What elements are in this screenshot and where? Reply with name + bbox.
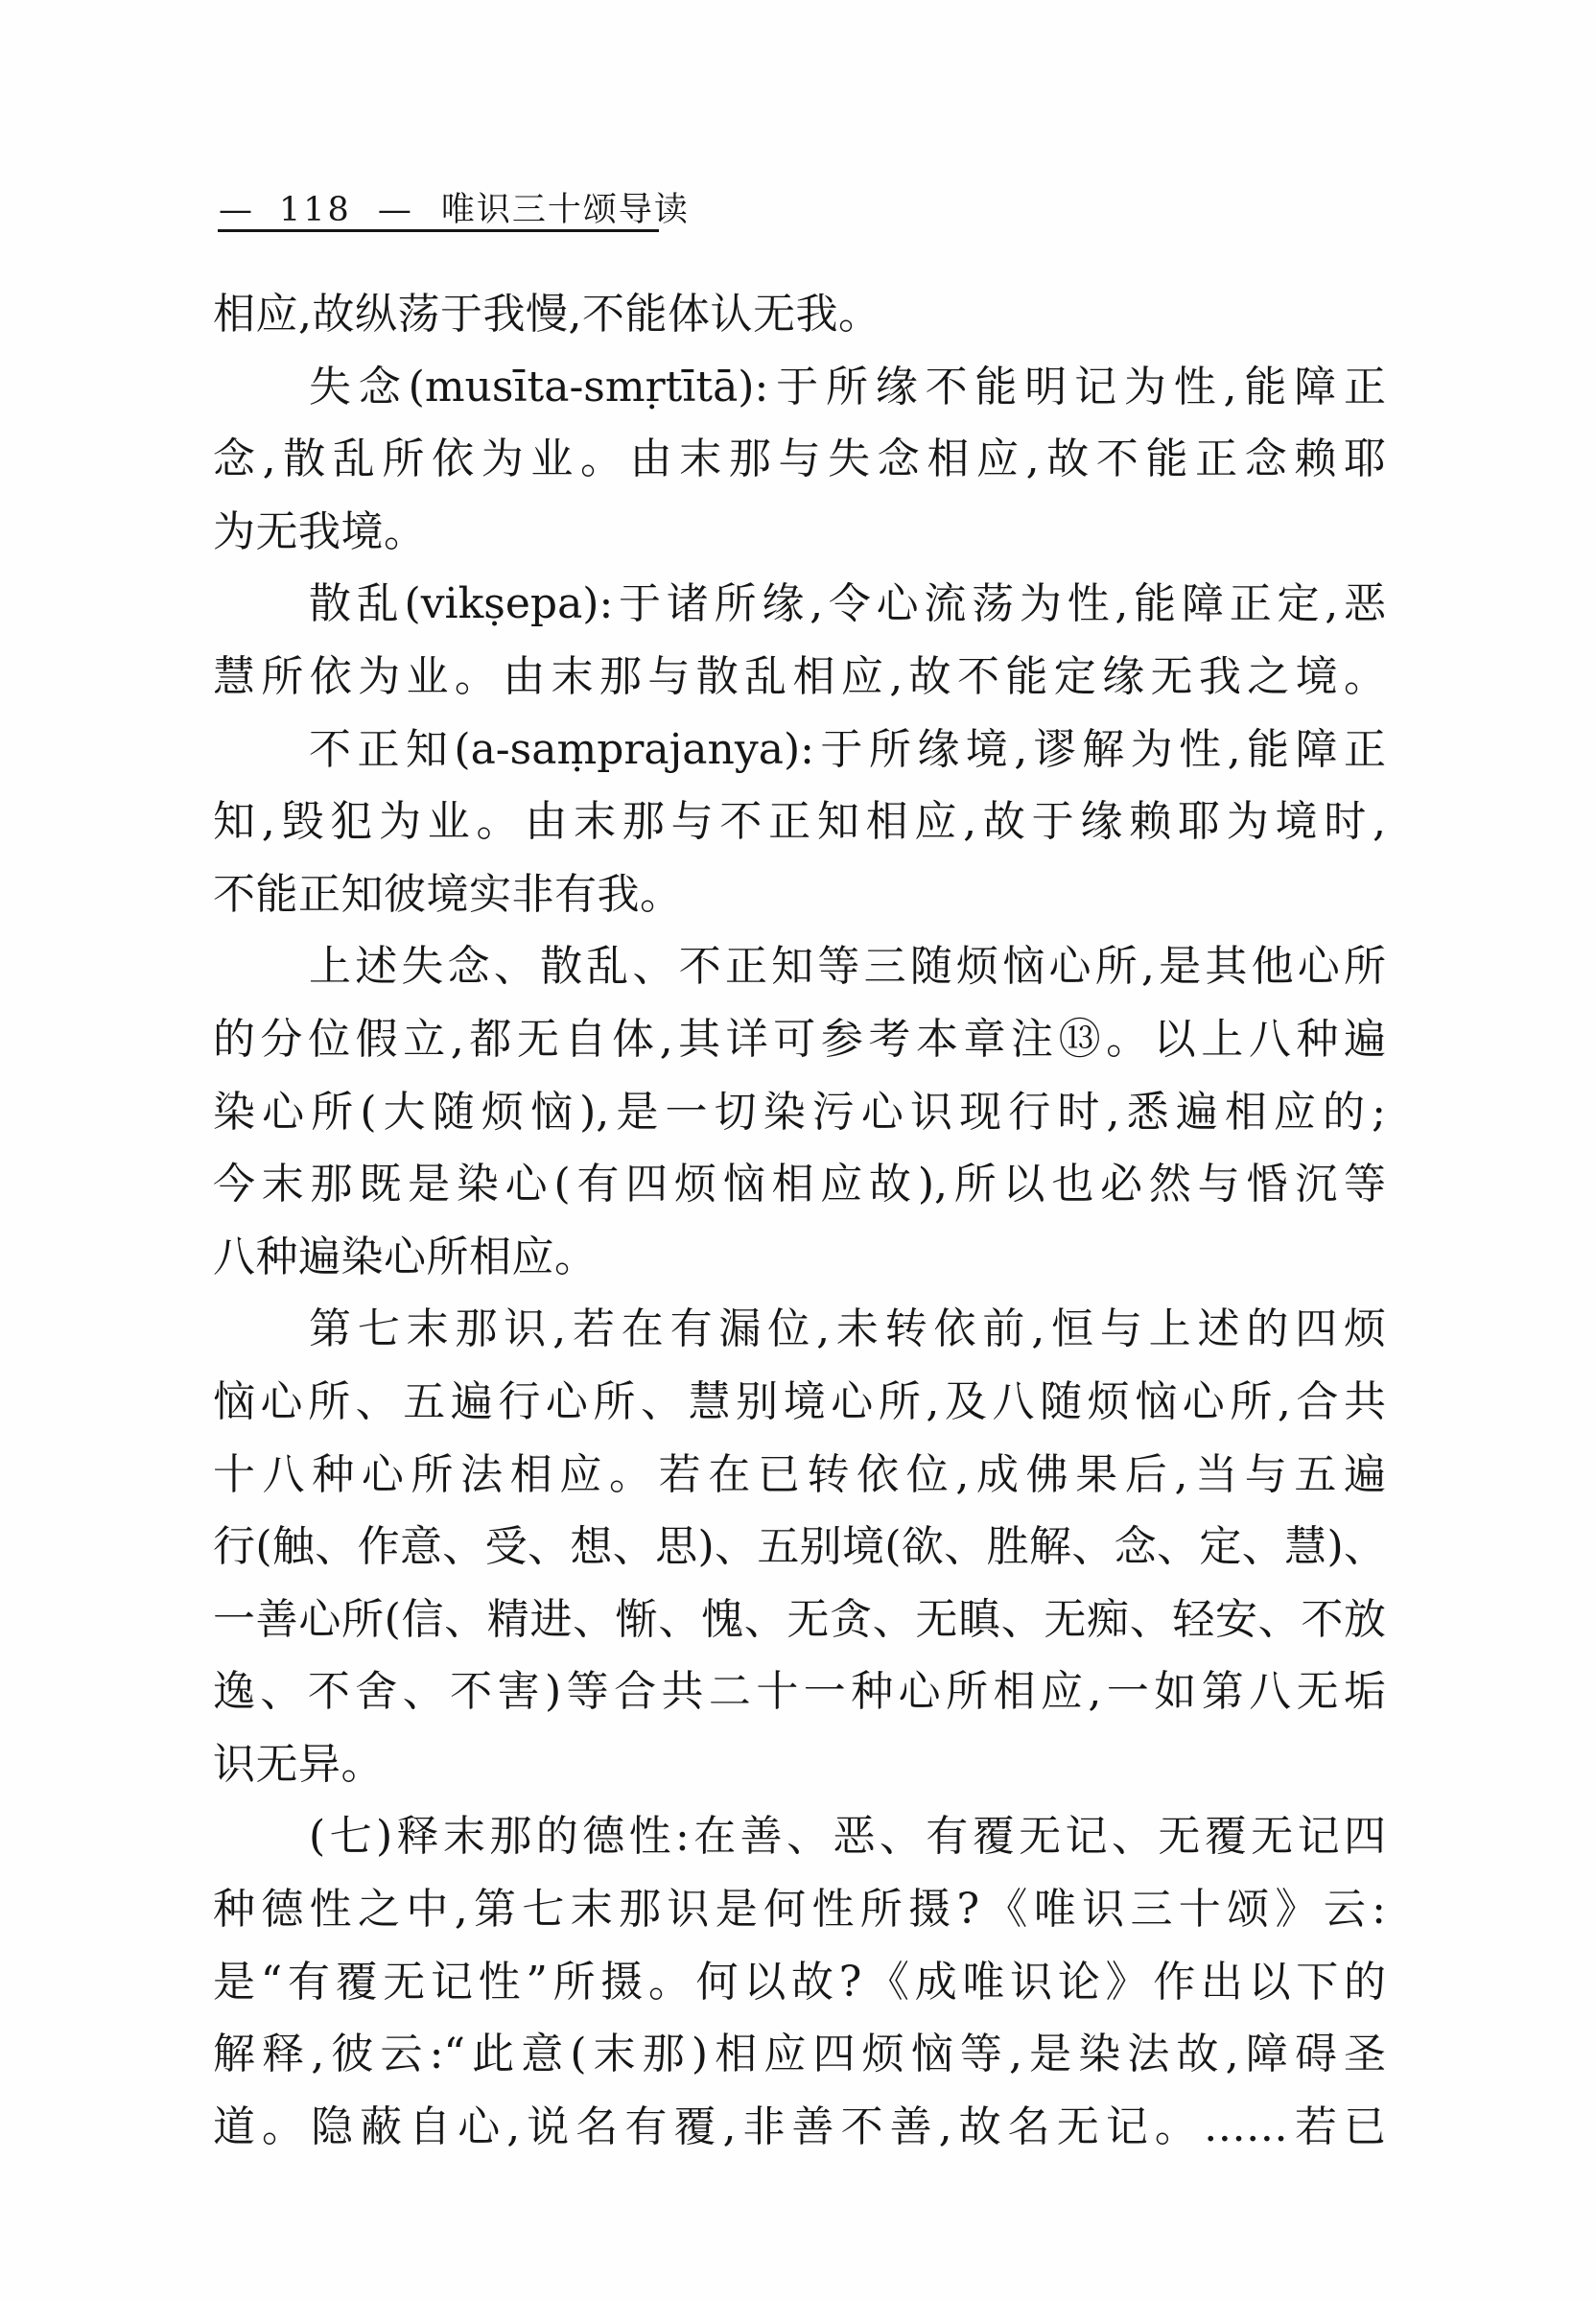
text-line-26: 道。隐蔽自心,说名有覆,非善不善,故名无记。……若已	[213, 2091, 1386, 2164]
text-line-6: 慧所依为业。由末那与散乱相应,故不能定缘无我之境。	[213, 641, 1386, 714]
text-line-11: 的分位假立,都无自体,其详可参考本章注⑬。以上八种遍	[213, 1003, 1386, 1076]
text-line-19: 一善心所(信、精进、惭、愧、无贪、无瞋、无痴、轻安、不放	[213, 1584, 1386, 1656]
text-line-20: 逸、不舍、不害)等合共二十一种心所相应,一如第八无垢	[213, 1655, 1386, 1728]
header-rule	[218, 229, 659, 232]
text-line-25: 解释,彼云:“此意(末那)相应四烦恼等,是染法故,障碍圣	[213, 2018, 1386, 2091]
text-line-12: 染心所(大随烦恼),是一切染污心识现行时,悉遍相应的;	[213, 1076, 1386, 1149]
text-line-3: 念,散乱所依为业。由末那与失念相应,故不能正念赖耶	[213, 423, 1386, 496]
header-dash-right: —	[378, 191, 412, 229]
text-line-5: 散乱(vikṣepa):于诸所缘,令心流荡为性,能障正定,恶	[213, 568, 1386, 641]
text-line-22: (七)释末那的德性:在善、恶、有覆无记、无覆无记四	[213, 1800, 1386, 1873]
text-line-21: 识无异。	[213, 1728, 1386, 1801]
text-line-18: 行(触、作意、受、想、思)、五别境(欲、胜解、念、定、慧)、十	[213, 1511, 1386, 1584]
header-dash-left: —	[219, 191, 253, 229]
text-line-7: 不正知(a-saṃprajanya):于所缘境,谬解为性,能障正	[213, 714, 1386, 787]
text-line-13: 今末那既是染心(有四烦恼相应故),所以也必然与惛沉等	[213, 1148, 1386, 1221]
book-title: 唯识三十颂导读	[441, 183, 690, 231]
text-line-14: 八种遍染心所相应。	[213, 1221, 1386, 1294]
text-line-17: 十八种心所法相应。若在已转依位,成佛果后,当与五遍	[213, 1439, 1386, 1512]
text-line-23: 种德性之中,第七末那识是何性所摄?《唯识三十颂》云:	[213, 1873, 1386, 1946]
text-line-9: 不能正知彼境实非有我。	[213, 858, 1386, 931]
page-body: 相应,故纵荡于我慢,不能体认无我。 失念(musīta-smṛtītā):于所缘…	[213, 278, 1386, 2163]
text-line-4: 为无我境。	[213, 496, 1386, 569]
text-line-8: 知,毁犯为业。由末那与不正知相应,故于缘赖耶为境时,	[213, 786, 1386, 858]
text-line-1: 相应,故纵荡于我慢,不能体认无我。	[213, 278, 1386, 351]
text-line-16: 恼心所、五遍行心所、慧别境心所,及八随烦恼心所,合共	[213, 1366, 1386, 1439]
scanned-book-page: —118—唯识三十颂导读 相应,故纵荡于我慢,不能体认无我。 失念(musīta…	[0, 0, 1596, 2301]
running-header: —118—唯识三十颂导读	[219, 183, 690, 225]
text-line-15: 第七末那识,若在有漏位,未转依前,恒与上述的四烦	[213, 1293, 1386, 1366]
page-number: 118	[279, 191, 352, 229]
text-line-24: 是“有覆无记性”所摄。何以故?《成唯识论》作出以下的	[213, 1946, 1386, 2019]
text-line-10: 上述失念、散乱、不正知等三随烦恼心所,是其他心所	[213, 930, 1386, 1003]
text-line-2: 失念(musīta-smṛtītā):于所缘不能明记为性,能障正	[213, 351, 1386, 424]
